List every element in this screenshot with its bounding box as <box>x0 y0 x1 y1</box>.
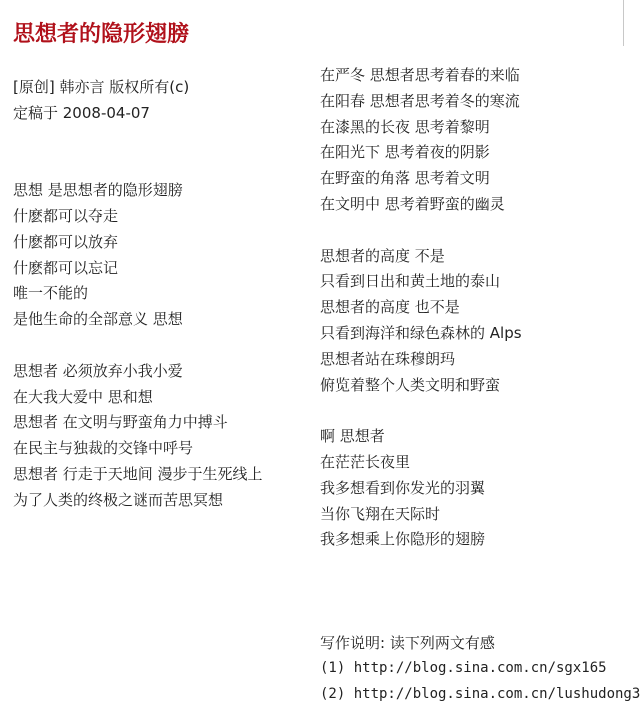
poem-line: 在阳光下 思考着夜的阴影 <box>320 140 640 166</box>
poem-line: 我多想看到你发光的羽翼 <box>320 476 640 502</box>
poem-line: 思想者 行走于天地间 漫步于生死线上 <box>13 462 263 488</box>
poem-line: 思想 是思想者的隐形翅膀 <box>13 178 263 204</box>
poem-title: 思想者的隐形翅膀 <box>13 20 189 50</box>
poem-line: 只看到日出和黄土地的泰山 <box>320 269 640 295</box>
right-column: 在严冬 思想者思考着春的来临 在阳春 思想者思考着冬的寒流 在漆黑的长夜 思考着… <box>320 63 640 705</box>
poem-line: 思想者 在文明与野蛮角力中搏斗 <box>13 410 263 436</box>
poem-line: 在文明中 思考着野蛮的幽灵 <box>320 192 640 218</box>
left-column: [原创] 韩亦言 版权所有(c) 定稿于 2008-04-07 思想 是思想者的… <box>13 75 263 514</box>
stanza-4: 思想者的高度 不是 只看到日出和黄土地的泰山 思想者的高度 也不是 只看到海洋和… <box>320 244 640 399</box>
poem-line: 在野蛮的角落 思考着文明 <box>320 166 640 192</box>
poem-line: 在茫茫长夜里 <box>320 450 640 476</box>
poem-line: 啊 思想者 <box>320 424 640 450</box>
date-line: 定稿于 2008-04-07 <box>13 101 263 127</box>
writing-note: 写作说明: 读下列两文有感 (1) http://blog.sina.com.c… <box>320 631 640 705</box>
reference-link-1[interactable]: (1) http://blog.sina.com.cn/sgx165 <box>320 656 640 682</box>
poem-line: 唯一不能的 <box>13 281 263 307</box>
poem-line: 在严冬 思想者思考着春的来临 <box>320 63 640 89</box>
poem-line: 思想者的高度 不是 <box>320 244 640 270</box>
poem-line: 俯览着整个人类文明和野蛮 <box>320 373 640 399</box>
poem-line: 思想者站在珠穆朗玛 <box>320 347 640 373</box>
poem-line: 我多想乘上你隐形的翅膀 <box>320 527 640 553</box>
poem-line: 思想者 必须放弃小我小爱 <box>13 359 263 385</box>
poem-line: 在民主与独裁的交锋中呼号 <box>13 436 263 462</box>
poem-line: 为了人类的终极之谜而苦思冥想 <box>13 488 263 514</box>
poem-line: 当你飞翔在天际时 <box>320 502 640 528</box>
reference-link-2[interactable]: (2) http://blog.sina.com.cn/lushudong33 <box>320 682 640 705</box>
stanza-3: 在严冬 思想者思考着春的来临 在阳春 思想者思考着冬的寒流 在漆黑的长夜 思考着… <box>320 63 640 218</box>
poem-line: 什麽都可以夺走 <box>13 204 263 230</box>
poem-line: 是他生命的全部意义 思想 <box>13 307 263 333</box>
poem-line: 在漆黑的长夜 思考着黎明 <box>320 115 640 141</box>
poem-line: 在阳春 思想者思考着冬的寒流 <box>320 89 640 115</box>
page-edge-divider <box>623 0 624 46</box>
stanza-1: 思想 是思想者的隐形翅膀 什麽都可以夺走 什麽都可以放弃 什麽都可以忘记 唯一不… <box>13 178 263 333</box>
poem-line: 什麽都可以放弃 <box>13 230 263 256</box>
note-heading: 写作说明: 读下列两文有感 <box>320 631 640 657</box>
copyright-line: [原创] 韩亦言 版权所有(c) <box>13 75 263 101</box>
poem-line: 在大我大爱中 思和想 <box>13 385 263 411</box>
poem-line: 什麽都可以忘记 <box>13 256 263 282</box>
poem-line: 思想者的高度 也不是 <box>320 295 640 321</box>
stanza-5: 啊 思想者 在茫茫长夜里 我多想看到你发光的羽翼 当你飞翔在天际时 我多想乘上你… <box>320 424 640 553</box>
poem-line: 只看到海洋和绿色森林的 Alps <box>320 321 640 347</box>
stanza-2: 思想者 必须放弃小我小爱 在大我大爱中 思和想 思想者 在文明与野蛮角力中搏斗 … <box>13 359 263 514</box>
